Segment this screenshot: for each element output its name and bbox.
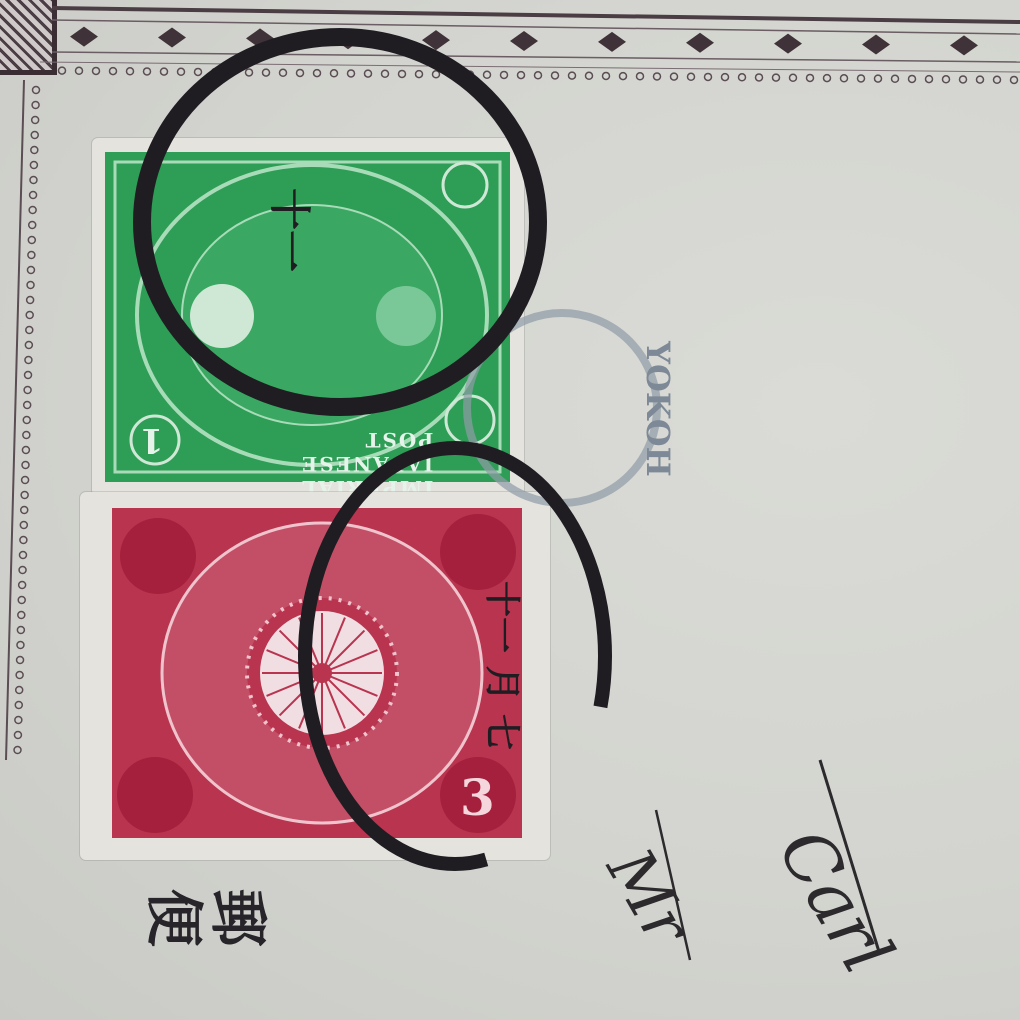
postmarks (0, 0, 1020, 1020)
yokohama-postmark-text: YOKOH (639, 341, 677, 477)
upper-postmark-date: 十一 (262, 188, 322, 272)
yubin-label: 郵便 (141, 889, 269, 959)
lower-black-postmark (305, 448, 605, 864)
upper-black-postmark (142, 37, 538, 407)
lower-postmark-date: 十一 月 七 (479, 581, 530, 750)
